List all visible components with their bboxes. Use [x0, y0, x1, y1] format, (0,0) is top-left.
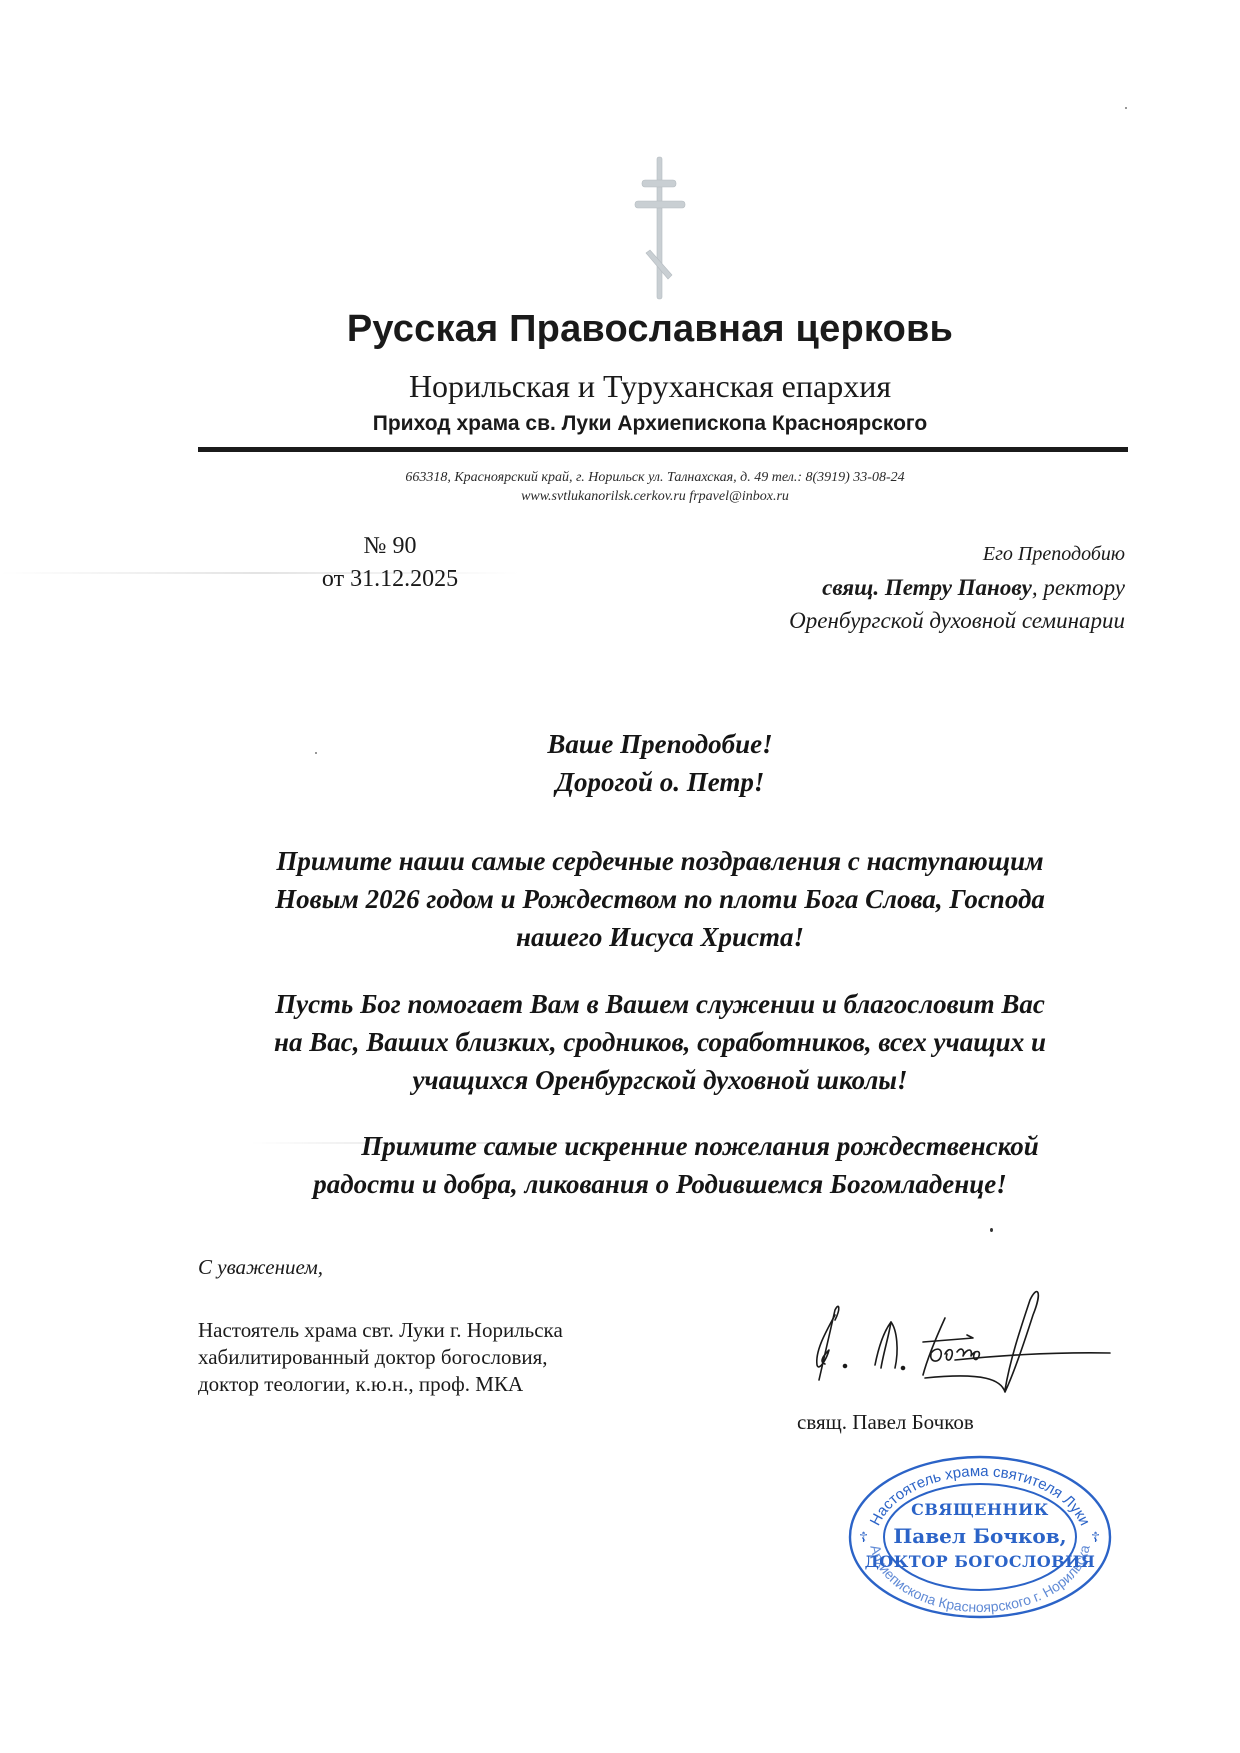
signer-name: свящ. Павел Бочков: [797, 1410, 974, 1435]
paragraph-line: Новым 2026 годом и Рождеством по плоти Б…: [190, 880, 1130, 918]
address-line: 663318, Красноярский край, г. Норильск у…: [70, 468, 1240, 487]
contact-info: 663318, Красноярский край, г. Норильск у…: [0, 468, 1240, 506]
scan-speck: [990, 1228, 993, 1232]
stamp-line: ДОКТОР БОГОСЛОВИЯ: [845, 1549, 1115, 1575]
paragraph-line: Примите самые искренние пожелания рождес…: [190, 1127, 1130, 1165]
addressee-honorific: Его Преподобию: [789, 538, 1125, 571]
document-reference: № 90 от 31.12.2025: [300, 530, 480, 596]
addressee-institution: Оренбургской духовной семинарии: [789, 604, 1125, 637]
document-number: № 90: [300, 530, 480, 563]
paragraph-line: учащихся Оренбургской духовной школы!: [190, 1061, 1130, 1099]
title-line: доктор теологии, к.ю.н., проф. МКА: [198, 1371, 563, 1398]
header-divider: [198, 447, 1128, 452]
greeting: Ваше Преподобие! Дорогой о. Петр!: [190, 725, 1130, 801]
closing-salutation: С уважением,: [198, 1255, 323, 1280]
paragraph-line: Пусть Бог помогает Вам в Вашем служении …: [190, 985, 1130, 1023]
title-line: Настоятель храма свт. Луки г. Норильска: [198, 1317, 563, 1344]
body-paragraph-2: Пусть Бог помогает Вам в Вашем служении …: [190, 985, 1130, 1099]
letter-page: Русская Православная церковь Норильская …: [0, 0, 1240, 1753]
addressee-position: , ректору: [1032, 575, 1125, 600]
signatory-title: Настоятель храма свт. Луки г. Норильска …: [198, 1317, 563, 1398]
paragraph-line: Примите наши самые сердечные поздравлени…: [190, 842, 1130, 880]
paragraph-line: на Вас, Ваших близких, сродников, сорабо…: [190, 1023, 1130, 1061]
greeting-line: Ваше Преподобие!: [190, 725, 1130, 763]
church-name: Русская Православная церковь: [0, 308, 1240, 351]
orthodox-cross-icon: [620, 155, 700, 305]
paragraph-line: радости и добра, ликования о Родившемся …: [190, 1165, 1130, 1203]
addressee-block: Его Преподобию свящ. Петру Панову, ректо…: [789, 538, 1125, 637]
title-line: хабилитированный доктор богословия,: [198, 1344, 563, 1371]
body-paragraph-1: Примите наши самые сердечные поздравлени…: [190, 842, 1130, 956]
greeting-line: Дорогой о. Петр!: [190, 763, 1130, 801]
stamp-center-text: СВЯЩЕННИК Павел Бочков, ДОКТОР БОГОСЛОВИ…: [845, 1497, 1115, 1575]
document-date: от 31.12.2025: [300, 563, 480, 596]
stamp-line: СВЯЩЕННИК: [845, 1497, 1115, 1523]
stamp-line: Павел Бочков,: [845, 1523, 1115, 1549]
addressee-name: свящ. Петру Панову: [822, 575, 1032, 600]
body-paragraph-3: Примите самые искренние пожелания рождес…: [190, 1127, 1130, 1203]
parish-name: Приход храма св. Луки Архиепископа Красн…: [0, 412, 1240, 436]
handwritten-signature: [805, 1280, 1115, 1400]
paragraph-line: нашего Иисуса Христа!: [190, 918, 1130, 956]
web-email-line: www.svtlukanorilsk.cerkov.ru frpavel@inb…: [70, 487, 1240, 506]
addressee-name-line: свящ. Петру Панову, ректору: [789, 571, 1125, 604]
scan-speck: [1125, 107, 1127, 109]
diocese-name: Норильская и Туруханская епархия: [0, 368, 1240, 405]
